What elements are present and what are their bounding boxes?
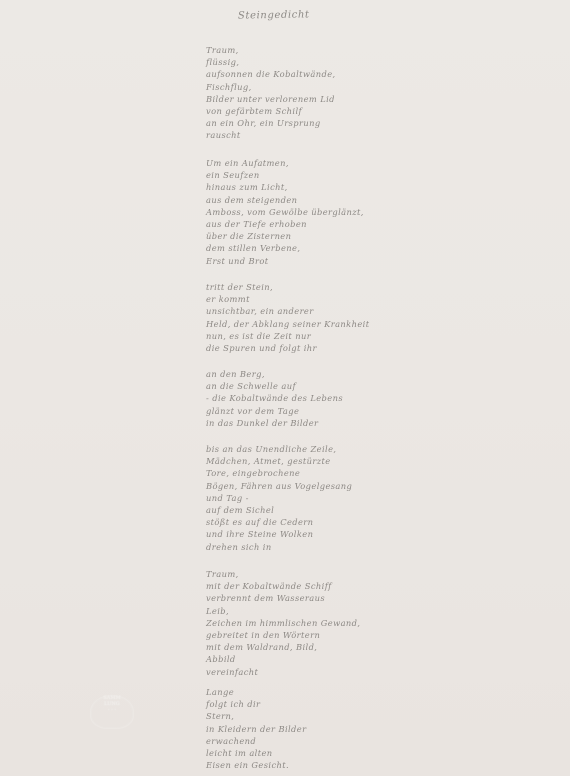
poem-line: Bilder unter verlorenem Lid: [206, 93, 336, 105]
poem-line: in Kleidern der Bilder: [206, 723, 306, 735]
poem-line: verbrennt dem Wasseraus: [206, 592, 360, 604]
poem-line: Um ein Aufatmen,: [206, 157, 364, 169]
poem-line: Stern,: [206, 710, 306, 722]
stanza: tritt der Stein,er kommtunsichtbar, ein …: [206, 281, 369, 354]
poem-line: auf dem Sichel: [206, 504, 352, 516]
poem-line: hinaus zum Licht,: [206, 181, 364, 193]
stanza: Traum,flüssig,aufsonnen die Kobaltwände,…: [206, 44, 336, 142]
poem-line: an den Berg,: [206, 368, 343, 380]
poem-line: glänzt vor dem Tage: [206, 405, 343, 417]
poem-title: Steingedicht: [238, 9, 310, 21]
poem-line: Eisen ein Gesicht.: [206, 759, 306, 771]
poem-line: Traum,: [206, 44, 336, 56]
poem-line: flüssig,: [206, 56, 336, 68]
poem-line: Lange: [206, 686, 306, 698]
poem-line: rauscht: [206, 129, 336, 141]
poem-line: mit der Kobaltwände Schiff: [206, 580, 360, 592]
poem-line: gebreitet in den Wörtern: [206, 629, 360, 641]
poem-line: er kommt: [206, 293, 369, 305]
poem-line: Erst und Brot: [206, 255, 364, 267]
stamp-line: · · ·: [90, 707, 134, 713]
poem-line: an ein Ohr, ein Ursprung: [206, 117, 336, 129]
poem-line: in das Dunkel der Bilder: [206, 417, 343, 429]
poem-line: vereinfacht: [206, 666, 360, 678]
poem-line: aus der Tiefe erhoben: [206, 218, 364, 230]
poem-line: drehen sich in: [206, 541, 352, 553]
poem-line: erwachend: [206, 735, 306, 747]
poem-line: die Spuren und folgt ihr: [206, 342, 369, 354]
poem-line: Tore, eingebrochene: [206, 467, 352, 479]
poem-line: aus dem steigenden: [206, 194, 364, 206]
stanza: an den Berg,an die Schwelle auf- die Kob…: [206, 368, 343, 429]
stanza: Um ein Aufatmen,ein Seufzenhinaus zum Li…: [206, 157, 364, 267]
stanza: Traum,mit der Kobaltwände Schiffverbrenn…: [206, 568, 360, 678]
poem-line: Fischflug,: [206, 81, 336, 93]
poem-line: über die Zisternen: [206, 230, 364, 242]
poem-line: Bögen, Fähren aus Vogelgesang: [206, 480, 352, 492]
manuscript-page: Steingedicht Traum,flüssig,aufsonnen die…: [0, 0, 570, 776]
poem-line: bis an das Unendliche Zeile,: [206, 443, 352, 455]
poem-line: und Tag -: [206, 492, 352, 504]
poem-line: dem stillen Verbene,: [206, 242, 364, 254]
poem-line: Amboss, vom Gewölbe überglänzt,: [206, 206, 364, 218]
poem-line: und ihre Steine Wolken: [206, 528, 352, 540]
poem-line: Held, der Abklang seiner Krankheit: [206, 318, 369, 330]
poem-line: tritt der Stein,: [206, 281, 369, 293]
poem-line: ein Seufzen: [206, 169, 364, 181]
poem-line: Abbild: [206, 653, 360, 665]
stanza: Langefolgt ich dirStern,in Kleidern der …: [206, 686, 306, 771]
poem-line: Leib,: [206, 605, 360, 617]
poem-line: von gefärbtem Schilf: [206, 105, 336, 117]
poem-line: aufsonnen die Kobaltwände,: [206, 68, 336, 80]
poem-line: - die Kobaltwände des Lebens: [206, 392, 343, 404]
poem-line: folgt ich dir: [206, 698, 306, 710]
poem-line: unsichtbar, ein anderer: [206, 305, 369, 317]
poem-line: mit dem Waldrand, Bild,: [206, 641, 360, 653]
poem-line: leicht im alten: [206, 747, 306, 759]
stanza: bis an das Unendliche Zeile,Mädchen, Atm…: [206, 443, 352, 553]
poem-line: stößt es auf die Cedern: [206, 516, 352, 528]
embossed-stamp: SAMM LUNG · · ·: [90, 695, 134, 729]
poem-line: Mädchen, Atmet, gestürzte: [206, 455, 352, 467]
poem-line: Traum,: [206, 568, 360, 580]
poem-line: nun, es ist die Zeit nur: [206, 330, 369, 342]
poem-line: an die Schwelle auf: [206, 380, 343, 392]
poem-line: Zeichen im himmlischen Gewand,: [206, 617, 360, 629]
